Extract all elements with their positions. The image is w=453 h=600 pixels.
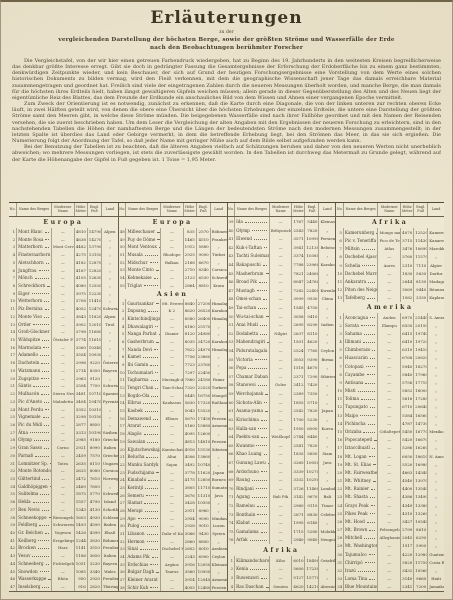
mountain-name: Watzmann	[17, 367, 52, 375]
land: China	[319, 295, 335, 304]
alternate-name: Weißkopf	[269, 432, 292, 441]
table-row: 11Ankaratra—26448130Madagaskar	[336, 277, 444, 285]
alternate-name: —	[378, 558, 401, 566]
land: „	[101, 351, 117, 359]
land: Sibirien	[210, 445, 226, 453]
row-number: 54	[118, 274, 126, 282]
table-row: 54Kebnekaise—21236530Schweden	[118, 274, 226, 282]
height-meters: 3805	[183, 484, 196, 492]
land: Costa Rica	[428, 558, 444, 566]
dot-leader	[265, 411, 267, 412]
height-feet: 16260	[414, 444, 428, 452]
height-feet: 23960	[305, 260, 319, 269]
height-meters: 6410	[401, 338, 414, 346]
row-number: 29	[118, 514, 126, 522]
land: Böhmen	[101, 536, 117, 544]
height-meters: 3099	[292, 295, 305, 304]
height-meters: 4663	[401, 468, 414, 476]
dot-leader	[358, 391, 376, 392]
table-row: 55Victoria—30539390Birma	[227, 355, 335, 364]
land: „	[428, 253, 444, 261]
row-number: 40	[9, 529, 17, 537]
mountain-name: Sulitelma	[17, 490, 52, 498]
height-meters: 4620	[292, 582, 305, 591]
alternate-name: Illampu	[378, 321, 401, 329]
row-number: 24	[336, 501, 344, 509]
row-number: 7	[336, 245, 344, 253]
table-row: 60Sichota-Alin—18555710„	[227, 398, 335, 407]
alternate-name: —	[51, 413, 74, 421]
mountain-name: Cayambe	[343, 370, 378, 378]
height-meters: 6710	[401, 403, 414, 411]
table-row: 12Monte Viso—384311820Alpen	[9, 313, 118, 321]
height-feet: 9220	[87, 359, 101, 367]
table-row: 4Dhawalagiri—818025170„	[118, 322, 226, 330]
dot-leader	[146, 457, 158, 458]
height-meters: 1875	[74, 490, 87, 498]
height-feet: 18270	[414, 362, 428, 370]
mountain-name: Dapsang	[126, 307, 161, 315]
column-header-land: Land	[428, 203, 444, 217]
alternate-name: —	[378, 501, 401, 509]
alternate-name: —	[378, 269, 401, 277]
alternate-name: —	[51, 228, 74, 236]
height-feet: 9430	[196, 530, 210, 538]
row-number: 31	[118, 530, 126, 538]
land: „	[319, 398, 335, 407]
dot-leader	[40, 494, 49, 495]
height-feet: 14810	[196, 438, 210, 446]
row-number: 53	[118, 266, 126, 274]
height-meters: 6970	[401, 313, 414, 321]
land: Schottland	[101, 506, 117, 514]
land: „	[319, 381, 335, 390]
height-meters: 2504	[74, 382, 87, 390]
dot-leader	[154, 278, 158, 279]
height-meters: 3708	[74, 297, 87, 305]
alternate-name: —	[51, 259, 74, 267]
mountain-name: Lomnitzer Sp.	[17, 459, 52, 467]
dot-leader	[33, 324, 49, 325]
row-number: 9	[118, 361, 126, 369]
row-number: 61	[227, 407, 235, 416]
height-meters: 5616	[401, 395, 414, 403]
alternate-name: —	[378, 285, 401, 293]
height-feet: 22520	[196, 384, 210, 392]
subtitle-line-2: nach den Beobachtungen berühmter Forsche…	[1, 45, 452, 51]
height-feet: 10540	[414, 517, 428, 525]
alternate-name: —	[160, 514, 183, 522]
table-row: 2DapsangK 2862026520Karakorum	[118, 307, 226, 315]
column-header-alternate-name: Moderner Name	[51, 203, 74, 217]
land: Baden	[101, 521, 117, 529]
height-feet: 4510	[196, 235, 210, 243]
height-meters: 2710	[183, 266, 196, 274]
table-row: 9ScheliaAures23107110Algier	[336, 261, 444, 269]
table-row: 19Watzmann—27148350Bayern	[9, 367, 118, 375]
row-number: 37	[9, 506, 17, 514]
mountain-name: Kebnekaise	[126, 274, 161, 282]
height-feet: 10550	[196, 499, 210, 507]
alternate-name: —	[378, 411, 401, 419]
row-number: 7	[9, 274, 17, 282]
height-meters: 3676	[183, 491, 196, 499]
mountain-name: Belucha	[126, 453, 161, 461]
height-meters: 1767	[292, 217, 305, 226]
height-feet: 18610	[414, 452, 428, 460]
table-row: 5KamerunbergMongo ma Loba407012520Kameru…	[336, 228, 444, 236]
dot-leader	[361, 399, 376, 400]
mountain-name: Sinai	[126, 545, 161, 553]
dot-leader	[362, 249, 376, 250]
table-row: 12Tupungato—671020640„	[336, 403, 444, 411]
row-number: 33	[9, 475, 17, 483]
table-row: 27Slamat—342810550„	[118, 499, 226, 507]
row-number: 47	[9, 583, 17, 591]
column-header-mountain-name: Name des Berges	[17, 203, 52, 217]
mountain-name: Kirischima	[235, 415, 270, 424]
dot-leader	[366, 366, 376, 367]
land: Ostafrika	[319, 556, 335, 565]
row-number: 53	[227, 338, 235, 347]
land: „	[101, 297, 117, 305]
row-number: 23	[336, 493, 344, 501]
alternate-name: —	[269, 518, 292, 527]
land: Frankreich	[210, 235, 226, 243]
height-feet: 10340	[87, 343, 101, 351]
mountain-name: Pichincha	[343, 419, 378, 427]
dot-leader	[147, 541, 158, 542]
mountain-name: Dodabetta	[235, 329, 270, 338]
mountain-name: Kamerunberg	[343, 228, 378, 236]
alternate-name: Bithynischer	[269, 226, 292, 235]
height-feet: 14270	[87, 235, 101, 243]
mountain-name: Stanowoi	[235, 381, 270, 390]
row-number: 49	[227, 303, 235, 312]
mountain-name: Pic d'Aneto	[17, 397, 52, 405]
alternate-name: —	[269, 565, 292, 574]
alternate-name: Schwarzwald	[51, 521, 74, 529]
row-number: 22	[118, 461, 126, 469]
land: Himalaya	[210, 345, 226, 353]
height-feet: 24720	[196, 338, 210, 346]
table-group-3: No.Name des BergesModerner NameHöhe Mete…	[227, 203, 336, 591]
height-feet: 7820	[305, 407, 319, 416]
land: Corsica	[101, 467, 117, 475]
mountain-name: Jungfrau	[17, 266, 52, 274]
height-meters: 8620	[183, 307, 196, 315]
table-row: 13Ortler—390212010Tirol	[9, 320, 118, 328]
column-header-land: Land	[319, 203, 335, 217]
mountain-name: Popa	[235, 363, 270, 372]
land: Karakorum	[210, 338, 226, 346]
row-number: 11	[9, 305, 17, 313]
row-number: 34	[9, 482, 17, 490]
alternate-name: —	[378, 370, 401, 378]
alternate-name: Bali Pik	[269, 493, 292, 502]
height-feet: 5900	[414, 542, 428, 550]
height-meters: 3265	[292, 458, 305, 467]
dot-leader	[370, 407, 376, 408]
mountain-name: Demawend	[126, 414, 161, 422]
dot-leader	[157, 239, 159, 240]
dot-leader	[258, 385, 267, 386]
table-row: 11Tolima—561617280„	[336, 395, 444, 403]
row-number: 2	[336, 321, 344, 329]
height-feet: 7110	[414, 261, 428, 269]
height-feet: 10150	[87, 413, 101, 421]
alternate-name: —	[160, 468, 183, 476]
row-number: 64	[227, 432, 235, 441]
mountain-name: Alagös	[126, 430, 161, 438]
height-feet: 15770	[305, 573, 319, 582]
height-feet: 11410	[87, 297, 101, 305]
height-meters: 2459	[74, 451, 87, 459]
mountain-name: Parnaß	[17, 451, 52, 459]
land: „	[210, 258, 226, 266]
height-meters: 2341	[401, 583, 414, 591]
mountain-name: Ortler	[17, 320, 52, 328]
dot-leader	[254, 239, 267, 240]
height-feet: 21440	[414, 313, 428, 321]
row-number: 6	[118, 338, 126, 346]
mountain-name: Dschebel Marra	[343, 269, 378, 277]
height-feet: 13150	[87, 251, 101, 259]
height-meters: 3298	[74, 413, 87, 421]
height-feet: 11750	[414, 558, 428, 566]
land: Persien	[319, 234, 335, 243]
height-feet: 11310	[196, 491, 210, 499]
land: Alpen	[101, 313, 117, 321]
height-meters: 3726	[292, 484, 305, 493]
row-number: 8	[336, 370, 344, 378]
height-meters: 5286	[401, 444, 414, 452]
dot-leader	[252, 230, 267, 231]
table-row: 58StanowoiGolez24127420„	[227, 381, 335, 390]
dot-leader	[45, 533, 49, 534]
table-row: 8Kamet—775623860„	[118, 353, 226, 361]
table-row: 68Ardschuno—333910270„	[227, 467, 335, 476]
height-meters: 7821	[292, 269, 305, 278]
table-row: 4Illimani—641019720„	[336, 338, 444, 346]
height-feet: 6000	[305, 424, 319, 433]
height-feet: 7200	[414, 583, 428, 591]
mountain-name: Gran Sasso	[17, 444, 52, 452]
row-number: 60	[227, 398, 235, 407]
row-number: 43	[227, 252, 235, 261]
row-number: 31	[9, 459, 17, 467]
dot-leader	[42, 479, 49, 480]
height-meters: 3571	[292, 234, 305, 243]
mountain-name: Irazú	[343, 566, 378, 574]
column-header-alternate-name: Moderner Name	[378, 203, 401, 217]
mountain-name: Adams Pik	[126, 553, 161, 561]
land: „	[428, 493, 444, 501]
height-feet: 7600	[87, 482, 101, 490]
dot-leader	[145, 488, 158, 489]
row-number: 45	[227, 269, 235, 278]
land: Bayern	[101, 367, 117, 375]
dot-leader	[261, 578, 267, 579]
height-feet: 24070	[196, 345, 210, 353]
mountain-name: Puy de Dôme	[126, 235, 161, 243]
row-number: 41	[227, 234, 235, 243]
table-row: 44SchneebergFichtelgeb.10513230Bayern	[9, 560, 118, 568]
row-number: 20	[118, 445, 126, 453]
land: Karakorum	[210, 307, 226, 315]
table-row: 52MidschurBalkan21686670„	[118, 258, 226, 266]
land: Borneo	[210, 476, 226, 484]
mountain-name: Mt. Hood	[343, 517, 378, 525]
table-row: 7Nanda Devi—782224070Himalaya	[118, 345, 226, 353]
table-row: 22MulhacénSierra Nevada348110710Spanien	[9, 390, 118, 398]
dot-leader	[35, 456, 49, 457]
alternate-name: —	[160, 235, 183, 243]
row-number: 62	[227, 415, 235, 424]
height-feet: 8810	[196, 281, 210, 289]
row-number: 5	[336, 228, 344, 236]
land: Island	[101, 498, 117, 506]
row-number: 3	[227, 573, 235, 582]
land: „	[319, 252, 335, 261]
height-feet: 10690	[414, 245, 428, 253]
dot-leader	[367, 374, 376, 375]
land: Neuguinea	[319, 536, 335, 545]
height-meters: 4055	[183, 583, 196, 591]
height-meters: 8840	[183, 299, 196, 307]
alternate-name: —	[160, 391, 183, 399]
height-meters: 3715	[401, 236, 414, 244]
dot-leader	[358, 571, 376, 572]
mountain-name: Zugspitze	[17, 374, 52, 382]
height-feet: 2920	[87, 575, 101, 583]
row-number: 44	[9, 560, 17, 568]
row-number: 72	[227, 501, 235, 510]
row-number: 2	[227, 565, 235, 574]
alternate-name: —	[51, 567, 74, 575]
height-meters: 1343	[74, 506, 87, 514]
alternate-name: —	[269, 475, 292, 484]
row-number: 10	[336, 269, 344, 277]
table-row: 26Mt. Hood—342710540„	[336, 517, 444, 525]
alternate-name: —	[160, 422, 183, 430]
dot-leader	[368, 282, 375, 283]
row-number: 24	[118, 476, 126, 484]
height-feet: 4590	[87, 521, 101, 529]
row-number: 9	[336, 378, 344, 386]
mountain-name: Mt. Shasta	[343, 493, 378, 501]
height-meters: 4070	[401, 228, 414, 236]
land: „	[428, 444, 444, 452]
column-header-alternate-name: Moderner Name	[269, 203, 292, 217]
height-meters: 7788	[292, 260, 305, 269]
row-number: 32	[336, 566, 344, 574]
table-row: 1Mont Blanc—481014790Alpen	[9, 228, 118, 236]
alternate-name: —	[378, 444, 401, 452]
dot-leader	[144, 285, 158, 286]
alternate-name: —	[269, 243, 292, 252]
table-row: 18Alagös—409512600„	[118, 430, 226, 438]
height-meters: 4813	[183, 438, 196, 446]
height-feet: 26520	[196, 307, 210, 315]
height-meters: 2637	[292, 329, 305, 338]
land: Indien	[319, 320, 335, 329]
alternate-name: —	[160, 266, 183, 274]
alternate-name: —	[378, 362, 401, 370]
row-number: 27	[118, 499, 126, 507]
table-row: 17Adamello—355410930„	[9, 351, 118, 359]
land: Türkei	[210, 251, 226, 259]
alternate-name: Rhön	[51, 575, 74, 583]
mountain-name: Mt. Logan	[343, 452, 378, 460]
table-row: 45Snowdon—10853340Wales	[9, 567, 118, 575]
mountain-name: Olymp	[235, 226, 270, 235]
height-feet: 7610	[87, 475, 101, 483]
land: Preußen	[101, 575, 117, 583]
alternate-name: Anden	[378, 313, 401, 321]
alternate-name: —	[51, 475, 74, 483]
dot-leader	[369, 554, 376, 555]
row-number: 69	[227, 475, 235, 484]
height-feet: 13380	[414, 501, 428, 509]
alternate-name: —	[378, 329, 401, 337]
mountain-name: Gasherbrum	[126, 338, 161, 346]
land: Schweden	[101, 490, 117, 498]
height-meters: 2928	[183, 522, 196, 530]
land: Schweden	[210, 274, 226, 282]
height-feet: 10470	[87, 397, 101, 405]
alternate-name: —	[51, 235, 74, 243]
land: Ceylon	[210, 553, 226, 561]
dot-leader	[150, 587, 158, 588]
table-row: 6Jungfrau—416712820„	[9, 266, 118, 274]
height-feet: 12040	[196, 576, 210, 584]
mountain-name: Galdhöpiggen	[17, 482, 52, 490]
mountain-name: Bogdo-Ola	[126, 391, 161, 399]
table-group-2: No.Name des BergesModerner NameHöhe Mete…	[118, 203, 227, 591]
alternate-name: —	[160, 407, 183, 415]
row-number: 1	[118, 299, 126, 307]
height-feet: 13540	[414, 485, 428, 493]
row-number: 13	[118, 391, 126, 399]
table-row: 39Ida—17675440Kleinasien	[227, 217, 335, 226]
height-feet: 5770	[87, 490, 101, 498]
height-meters: 2996	[74, 359, 87, 367]
land: Celebes	[319, 510, 335, 519]
mountain-name: Rakapuschi	[235, 260, 270, 269]
height-feet: 23860	[196, 353, 210, 361]
alternate-name: —	[51, 451, 74, 459]
table-row: 29Gran SassoCorno29218990Italien	[9, 444, 118, 452]
alternate-name: —	[269, 458, 292, 467]
mountain-name: Tachti Suleiman	[235, 252, 270, 261]
alternate-name: —	[269, 484, 292, 493]
row-number: 40	[227, 226, 235, 235]
dot-leader	[150, 262, 158, 263]
height-feet: 22450	[196, 368, 210, 376]
table-group-1: No.Name des BergesModerner NameHöhe Mete…	[9, 203, 118, 591]
mountain-name: Tolima	[343, 395, 378, 403]
row-number: 57	[227, 372, 235, 381]
row-number: 55	[118, 281, 126, 289]
height-meters: 1715	[292, 527, 305, 536]
mountain-name: Feldberg	[17, 521, 52, 529]
land: „	[428, 460, 444, 468]
land: Armenien	[210, 576, 226, 584]
land: Tirol	[101, 320, 117, 328]
dot-leader	[45, 232, 49, 233]
dot-leader	[369, 530, 375, 531]
